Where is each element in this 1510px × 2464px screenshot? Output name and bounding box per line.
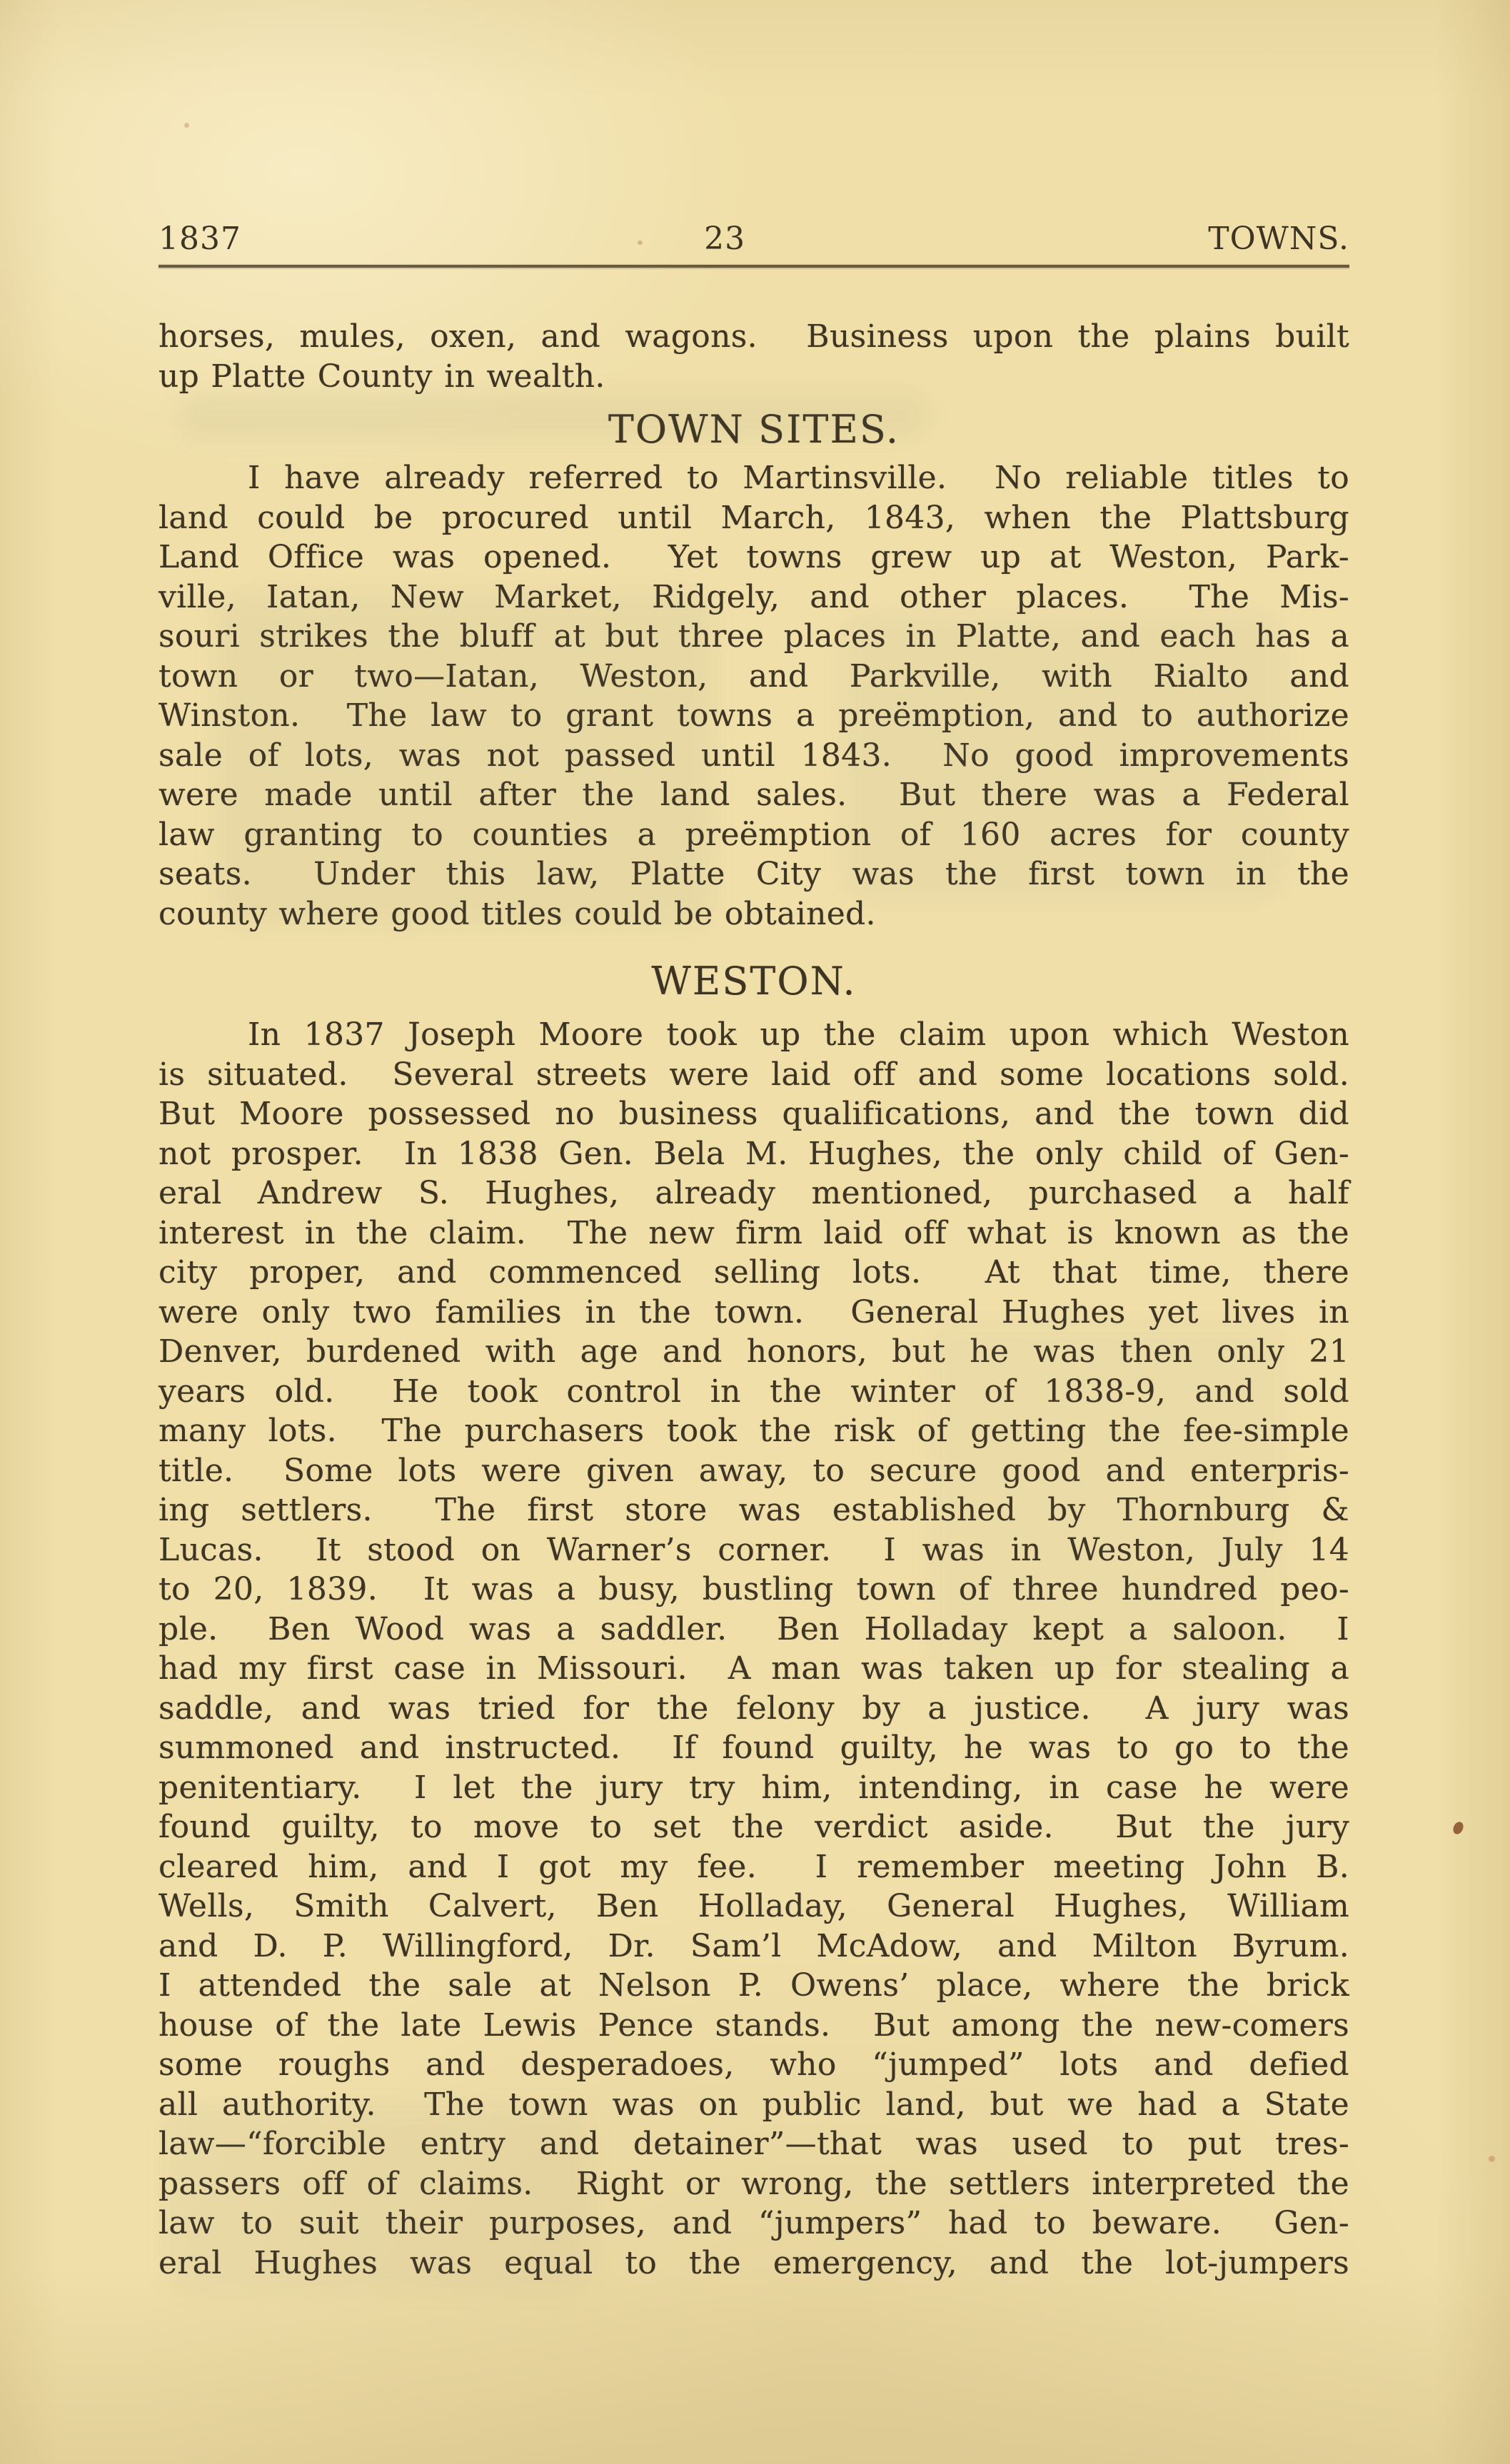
text-line: In 1837 Joseph Moore took up the claim u…: [158, 1015, 1349, 1055]
text-line: is situated. Several streets were laid o…: [158, 1055, 1349, 1095]
text-line: ple. Ben Wood was a saddler. Ben Hollada…: [158, 1610, 1349, 1650]
header-running-title: TOWNS.: [1208, 219, 1349, 259]
text-line: Denver, burdened with age and honors, bu…: [158, 1332, 1349, 1372]
text-line: eral Andrew S. Hughes, already mentioned…: [158, 1173, 1349, 1213]
paragraph-continued: horses, mules, oxen, and wagons. Busines…: [158, 317, 1349, 396]
text-line: title. Some lots were given away, to sec…: [158, 1451, 1349, 1491]
paragraph-town-sites: I have already referred to Martinsville.…: [158, 458, 1349, 934]
text-line: interest in the claim. The new firm laid…: [158, 1213, 1349, 1253]
text-line: law granting to counties a preëmption of…: [158, 815, 1349, 855]
text-line: souri strikes the bluff at but three pla…: [158, 617, 1349, 657]
paragraph-weston: In 1837 Joseph Moore took up the claim u…: [158, 1015, 1349, 2283]
running-header: 1837 23 TOWNS.: [158, 219, 1349, 259]
text-line: sale of lots, was not passed until 1843.…: [158, 736, 1349, 776]
text-line: seats. Under this law, Platte City was t…: [158, 854, 1349, 894]
section-heading-town-sites: TOWN SITES.: [158, 410, 1349, 449]
text-line: many lots. The purchasers took the risk …: [158, 1411, 1349, 1451]
text-line: ing settlers. The first store was establ…: [158, 1490, 1349, 1530]
header-page-number: 23: [704, 219, 745, 259]
text-line: to 20, 1839. It was a busy, bustling tow…: [158, 1570, 1349, 1610]
text-line: county where good titles could be obtain…: [158, 894, 1349, 934]
foxing-speck: [184, 123, 189, 128]
text-line: passers off of claims. Right or wrong, t…: [158, 2164, 1349, 2204]
header-rule: [158, 265, 1349, 268]
text-line: horses, mules, oxen, and wagons. Busines…: [158, 317, 1349, 357]
text-line: I have already referred to Martinsville.…: [158, 458, 1349, 498]
text-line: Wells, Smith Calvert, Ben Holladay, Gene…: [158, 1887, 1349, 1927]
text-line: all authority. The town was on public la…: [158, 2085, 1349, 2125]
text-line: summoned and instructed. If found guilty…: [158, 1728, 1349, 1768]
text-line: Land Office was opened. Yet towns grew u…: [158, 537, 1349, 577]
text-line: But Moore possessed no business qualific…: [158, 1094, 1349, 1134]
text-line: I attended the sale at Nelson P. Owens’ …: [158, 1966, 1349, 2006]
text-line: ville, Iatan, New Market, Ridgely, and o…: [158, 577, 1349, 617]
text-line: city proper, and commenced selling lots.…: [158, 1253, 1349, 1293]
foxing-speck: [1451, 1820, 1465, 1836]
section-heading-weston: WESTON.: [158, 962, 1349, 1001]
text-line: up Platte County in wealth.: [158, 357, 1349, 397]
text-line: not prosper. In 1838 Gen. Bela M. Hughes…: [158, 1134, 1349, 1174]
text-line: Lucas. It stood on Warner’s corner. I wa…: [158, 1530, 1349, 1570]
text-line: saddle, and was tried for the felony by …: [158, 1689, 1349, 1729]
text-line: were made until after the land sales. Bu…: [158, 775, 1349, 815]
text-line: had my first case in Missouri. A man was…: [158, 1649, 1349, 1689]
text-line: years old. He took control in the winter…: [158, 1372, 1349, 1412]
foxing-speck: [1489, 2156, 1495, 2162]
text-line: were only two families in the town. Gene…: [158, 1293, 1349, 1333]
text-line: land could be procured until March, 1843…: [158, 498, 1349, 538]
header-year: 1837: [158, 219, 241, 259]
text-line: penitentiary. I let the jury try him, in…: [158, 1768, 1349, 1808]
text-line: Winston. The law to grant towns a preëmp…: [158, 696, 1349, 736]
text-line: and D. P. Willingford, Dr. Sam’l McAdow,…: [158, 1927, 1349, 1966]
text-line: law—“forcible entry and detainer”—that w…: [158, 2124, 1349, 2164]
text-line: law to suit their purposes, and “jumpers…: [158, 2203, 1349, 2243]
text-line: house of the late Lewis Pence stands. Bu…: [158, 2006, 1349, 2046]
text-line: found guilty, to move to set the verdict…: [158, 1807, 1349, 1847]
text-line: eral Hughes was equal to the emergency, …: [158, 2243, 1349, 2283]
text-line: some roughs and desperadoes, who “jumped…: [158, 2045, 1349, 2085]
text-line: town or two—Iatan, Weston, and Parkville…: [158, 657, 1349, 697]
text-line: cleared him, and I got my fee. I remembe…: [158, 1847, 1349, 1887]
book-page-scan: 1837 23 TOWNS. horses, mules, oxen, and …: [0, 0, 1510, 2464]
